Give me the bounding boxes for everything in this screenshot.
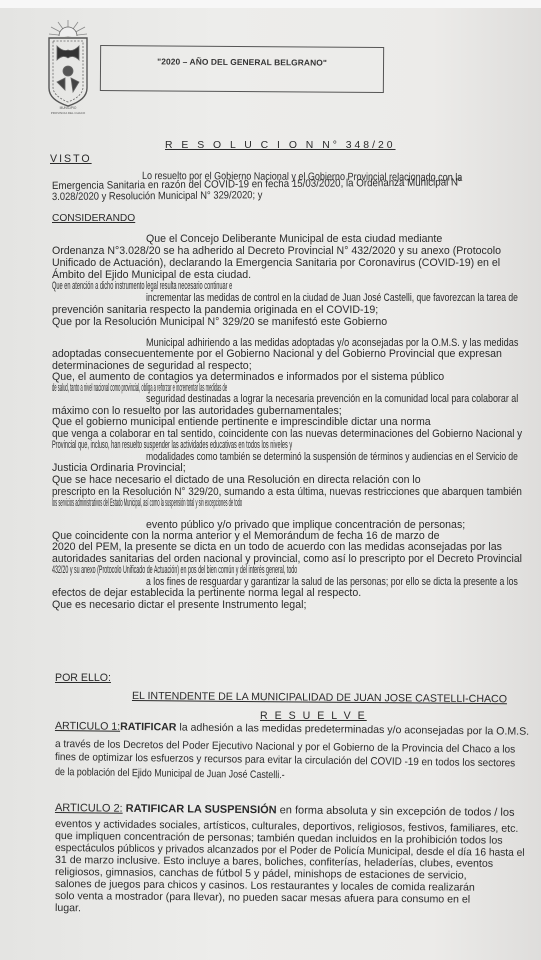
text-line: Que el Concejo Deliberante Municipal de …: [146, 233, 506, 245]
text-line: seguridad destinadas a lograr la necesar…: [146, 393, 459, 405]
articulo-1-verb: RATIFICAR: [120, 721, 176, 734]
text-line: Que se hace necesario el dictado de una …: [52, 474, 522, 486]
motto-box: "2020 – AÑO DEL GENERAL BELGRANO": [100, 45, 384, 93]
text-line: Que es necesario dictar el presente Inst…: [52, 599, 522, 611]
text-line: 432/20 y su anexo (Protocolo Unificado d…: [52, 564, 176, 576]
articulo-2-label: ARTICULO 2:: [55, 802, 123, 815]
text-line: de salud, tanto a nivel nacional como pr…: [52, 382, 121, 394]
text-line: adoptadas consecuentemente por el Gobier…: [52, 348, 522, 360]
svg-text:MUNICIPIO: MUNICIPIO: [60, 106, 77, 110]
por-ello-heading: POR ELLO:: [55, 672, 111, 684]
text-line: Unificado de Actuación), declarando la E…: [52, 257, 522, 269]
text-line: efectos de dejar establecida la pertinen…: [52, 587, 522, 599]
text-line: prevención sanitaria respecto la pandemi…: [52, 304, 522, 316]
text-line: lugar.: [55, 902, 83, 914]
articulo-2-text: en forma absoluta y sin excepción de tod…: [277, 804, 515, 818]
text-line: Provincial que, incluso, han resuelto su…: [52, 439, 179, 451]
text-line: Que por la Resolución Municipal N° 329/2…: [52, 316, 492, 328]
text-line: Que el gobierno municipal entiende perti…: [52, 416, 522, 428]
text-line: Ordenanza N°3.028/20 se ha adherido al D…: [52, 245, 522, 257]
coat-of-arms-logo: MUNICIPIO PROVINCIA DEL CHACO: [43, 16, 93, 116]
text-line: los servicios administrativos del Estado…: [52, 497, 125, 509]
considerando-heading: CONSIDERANDO: [52, 213, 135, 225]
articulo-1-label: ARTICULO 1:: [55, 720, 120, 733]
resolution-title: R E S O L U C I O N N° 348/20: [165, 140, 396, 152]
text-line: Justicia Ordinaria Provincial;: [52, 462, 522, 474]
text-line: 3.028/2020 y Resolución Municipal N° 329…: [52, 189, 238, 203]
motto-text: "2020 – AÑO DEL GENERAL BELGRANO": [101, 56, 383, 68]
svg-text:PROVINCIA DEL CHACO: PROVINCIA DEL CHACO: [51, 111, 86, 115]
visto-heading: VISTO: [50, 153, 92, 165]
text-line: incrementar las medidas de control en la…: [146, 292, 447, 304]
text-line: Que en atención a dicho instrumento lega…: [52, 280, 148, 292]
photo-top-edge: [0, 0, 541, 8]
articulo-2-verb: RATIFICAR LA SUSPENSIÓN: [126, 803, 277, 817]
text-line: 2020 del PEM, la presente se dicta en un…: [52, 541, 522, 553]
resuelve-heading: R E S U E L V E: [260, 710, 367, 722]
